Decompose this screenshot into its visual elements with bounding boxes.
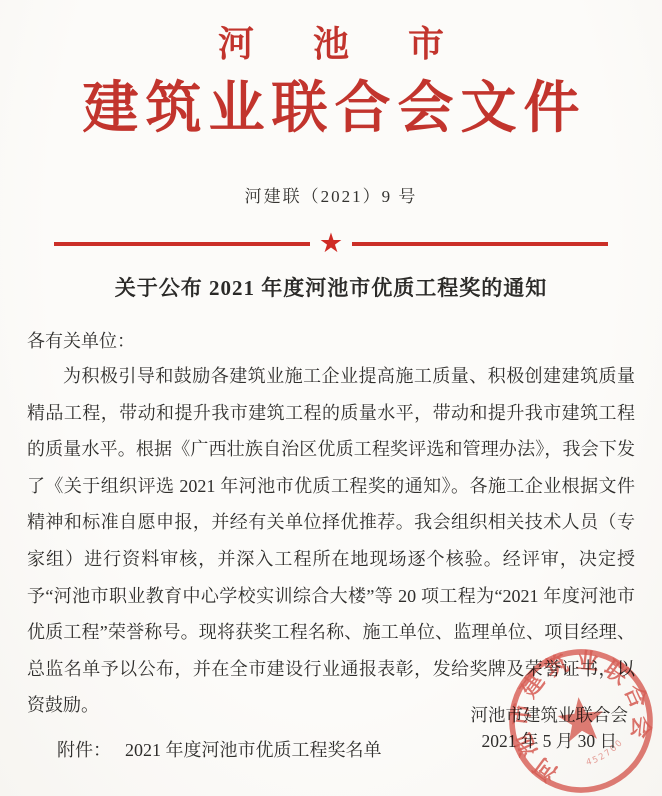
red-divider-rule: ★ — [54, 231, 608, 257]
salutation: 各有关单位： — [27, 327, 635, 353]
document-title: 关于公布 2021 年度河池市优质工程奖的通知 — [0, 272, 662, 302]
masthead-org-document: 建筑业联合会文件 — [0, 78, 662, 141]
doc-number: 河建联（2021）9 号 — [0, 182, 662, 207]
official-seal: 河池市建筑业联合会 4527000 — [499, 639, 662, 796]
divider-line-left — [54, 242, 310, 246]
masthead-city: 河池市 — [0, 24, 662, 65]
attachment-label: 附件： — [57, 740, 111, 760]
official-document-page: 河池市 建筑业联合会文件 河建联（2021）9 号 ★ 关于公布 2021 年度… — [0, 0, 662, 796]
divider-line-right — [352, 242, 608, 246]
star-icon: ★ — [310, 231, 352, 257]
attachment-text: 2021 年度河池市优质工程奖名单 — [125, 740, 382, 760]
star-icon — [556, 695, 606, 743]
